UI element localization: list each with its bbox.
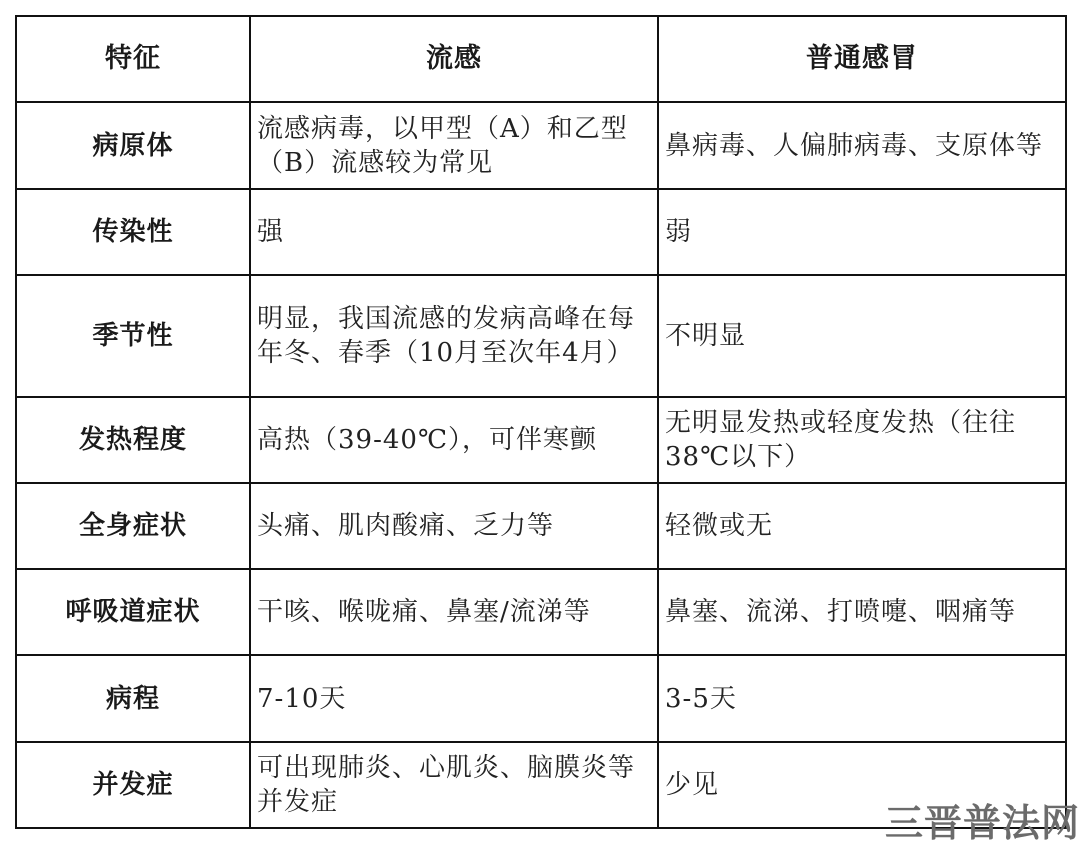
- header-common-cold: 普通感冒: [658, 16, 1066, 102]
- site-watermark: 三晋普法网: [885, 803, 1080, 843]
- table-row: 病原体 流感病毒，以甲型（A）和乙型（B）流感较为常见 鼻病毒、人偏肺病毒、支原…: [16, 102, 1066, 189]
- cold-cell: 弱: [658, 189, 1066, 275]
- flu-cell: 流感病毒，以甲型（A）和乙型（B）流感较为常见: [250, 102, 658, 189]
- cold-cell: 鼻塞、流涕、打喷嚏、咽痛等: [658, 569, 1066, 655]
- table-row: 全身症状 头痛、肌肉酸痛、乏力等 轻微或无: [16, 483, 1066, 569]
- table-row: 发热程度 高热（39-40℃），可伴寒颤 无明显发热或轻度发热（往往38℃以下）: [16, 397, 1066, 483]
- cold-cell: 轻微或无: [658, 483, 1066, 569]
- row-label: 发热程度: [16, 397, 250, 483]
- table-row: 季节性 明显，我国流感的发病高峰在每年冬、春季（10月至次年4月） 不明显: [16, 275, 1066, 397]
- row-label: 并发症: [16, 742, 250, 828]
- table-row: 病程 7-10天 3-5天: [16, 655, 1066, 742]
- cold-cell: 不明显: [658, 275, 1066, 397]
- cold-cell: 3-5天: [658, 655, 1066, 742]
- flu-cell: 高热（39-40℃），可伴寒颤: [250, 397, 658, 483]
- row-label: 呼吸道症状: [16, 569, 250, 655]
- row-label: 病原体: [16, 102, 250, 189]
- cold-cell: 无明显发热或轻度发热（往往38℃以下）: [658, 397, 1066, 483]
- cold-cell: 鼻病毒、人偏肺病毒、支原体等: [658, 102, 1066, 189]
- row-label: 传染性: [16, 189, 250, 275]
- flu-cell: 明显，我国流感的发病高峰在每年冬、春季（10月至次年4月）: [250, 275, 658, 397]
- header-row: 特征 流感 普通感冒: [16, 16, 1066, 102]
- table-row: 呼吸道症状 干咳、喉咙痛、鼻塞/流涕等 鼻塞、流涕、打喷嚏、咽痛等: [16, 569, 1066, 655]
- row-label: 全身症状: [16, 483, 250, 569]
- flu-cell: 干咳、喉咙痛、鼻塞/流涕等: [250, 569, 658, 655]
- flu-cell: 可出现肺炎、心肌炎、脑膜炎等并发症: [250, 742, 658, 828]
- flu-cell: 强: [250, 189, 658, 275]
- row-label: 病程: [16, 655, 250, 742]
- flu-vs-cold-comparison-table: 特征 流感 普通感冒 病原体 流感病毒，以甲型（A）和乙型（B）流感较为常见 鼻…: [15, 15, 1067, 829]
- header-feature: 特征: [16, 16, 250, 102]
- flu-cell: 头痛、肌肉酸痛、乏力等: [250, 483, 658, 569]
- header-flu: 流感: [250, 16, 658, 102]
- table-row: 传染性 强 弱: [16, 189, 1066, 275]
- flu-cell: 7-10天: [250, 655, 658, 742]
- row-label: 季节性: [16, 275, 250, 397]
